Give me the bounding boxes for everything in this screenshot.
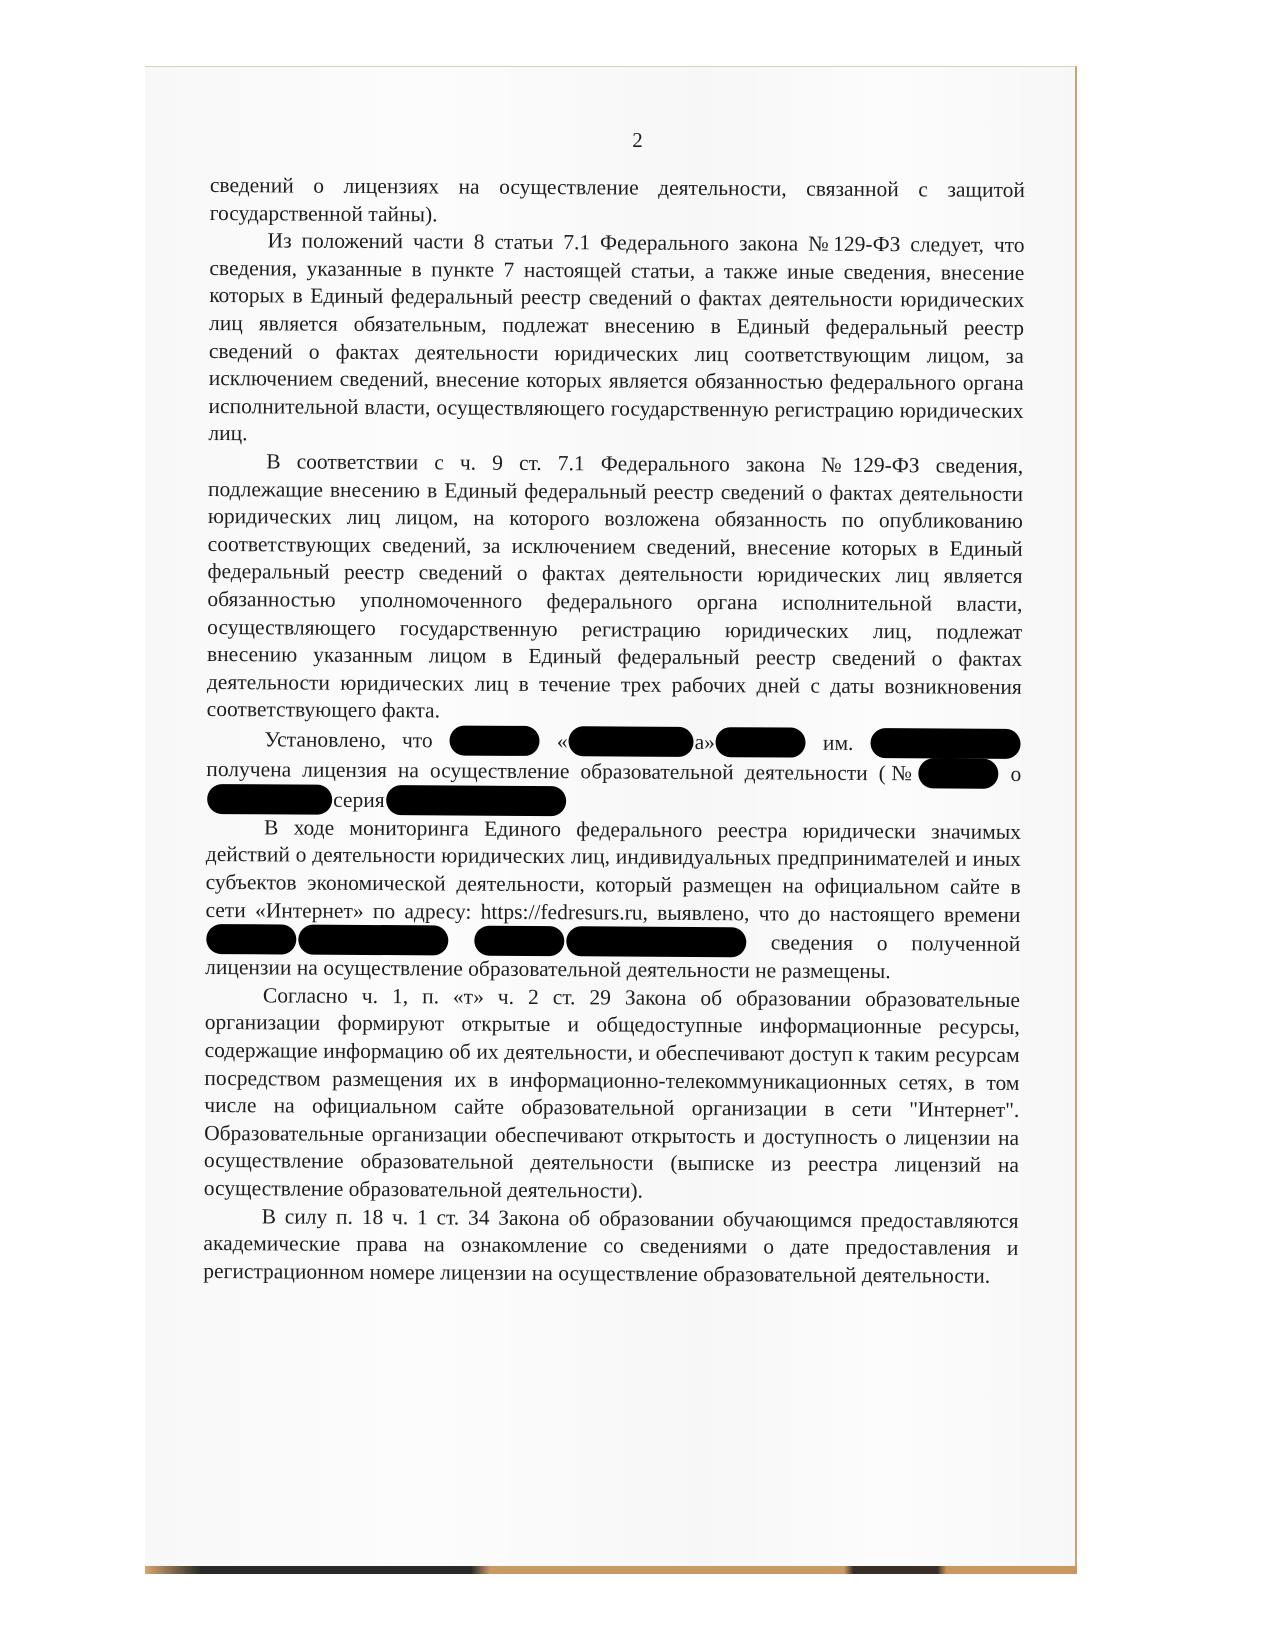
text-segment: , выявлено, что до настоящего времени (642, 900, 1020, 926)
redaction-block (207, 784, 332, 815)
redaction-block (450, 725, 540, 756)
redaction-block (566, 926, 746, 957)
redaction-block (298, 925, 448, 956)
text-segment: « (557, 729, 568, 753)
paragraph-monitoring: В ходе мониторинга Единого федерального … (205, 814, 1021, 987)
paragraph-part-8: Из положений части 8 статьи 7.1 Федераль… (208, 227, 1024, 453)
text-segment: им. (823, 731, 854, 755)
redaction-block (386, 785, 566, 816)
text-segment: о (1011, 762, 1022, 786)
document-body: сведений о лицензиях на осуществление де… (203, 172, 1025, 1290)
paragraph-continuation: сведений о лицензиях на осуществление де… (210, 172, 1025, 232)
fedresurs-link[interactable]: https://fedresurs.ru (481, 899, 643, 924)
redaction-block (870, 728, 1020, 759)
text-segment: а (695, 730, 705, 754)
redaction-block (206, 924, 296, 955)
paragraph-part-9: В соответствии с ч. 9 ст. 7.1 Федерально… (207, 448, 1024, 729)
page-number: 2 (0, 128, 1275, 153)
text-segment: получена лицензия на осуществление образ… (206, 757, 917, 785)
paragraph-article-34: В силу п. 18 ч. 1 ст. 34 Закона об образ… (203, 1203, 1018, 1291)
text-segment: серия (333, 788, 385, 812)
table-surface-edge (145, 1566, 1077, 1574)
paragraph-article-29: Согласно ч. 1, п. «т» ч. 2 ст. 29 Закона… (204, 982, 1020, 1208)
redaction-block (474, 926, 564, 957)
text-segment: Установлено, что (264, 727, 432, 752)
text-segment: » (704, 730, 715, 754)
redaction-block (716, 727, 806, 758)
redaction-block (918, 758, 998, 788)
redaction-block (569, 726, 694, 757)
paragraph-established: Установлено, что «а» им. получена лиценз… (206, 724, 1022, 819)
